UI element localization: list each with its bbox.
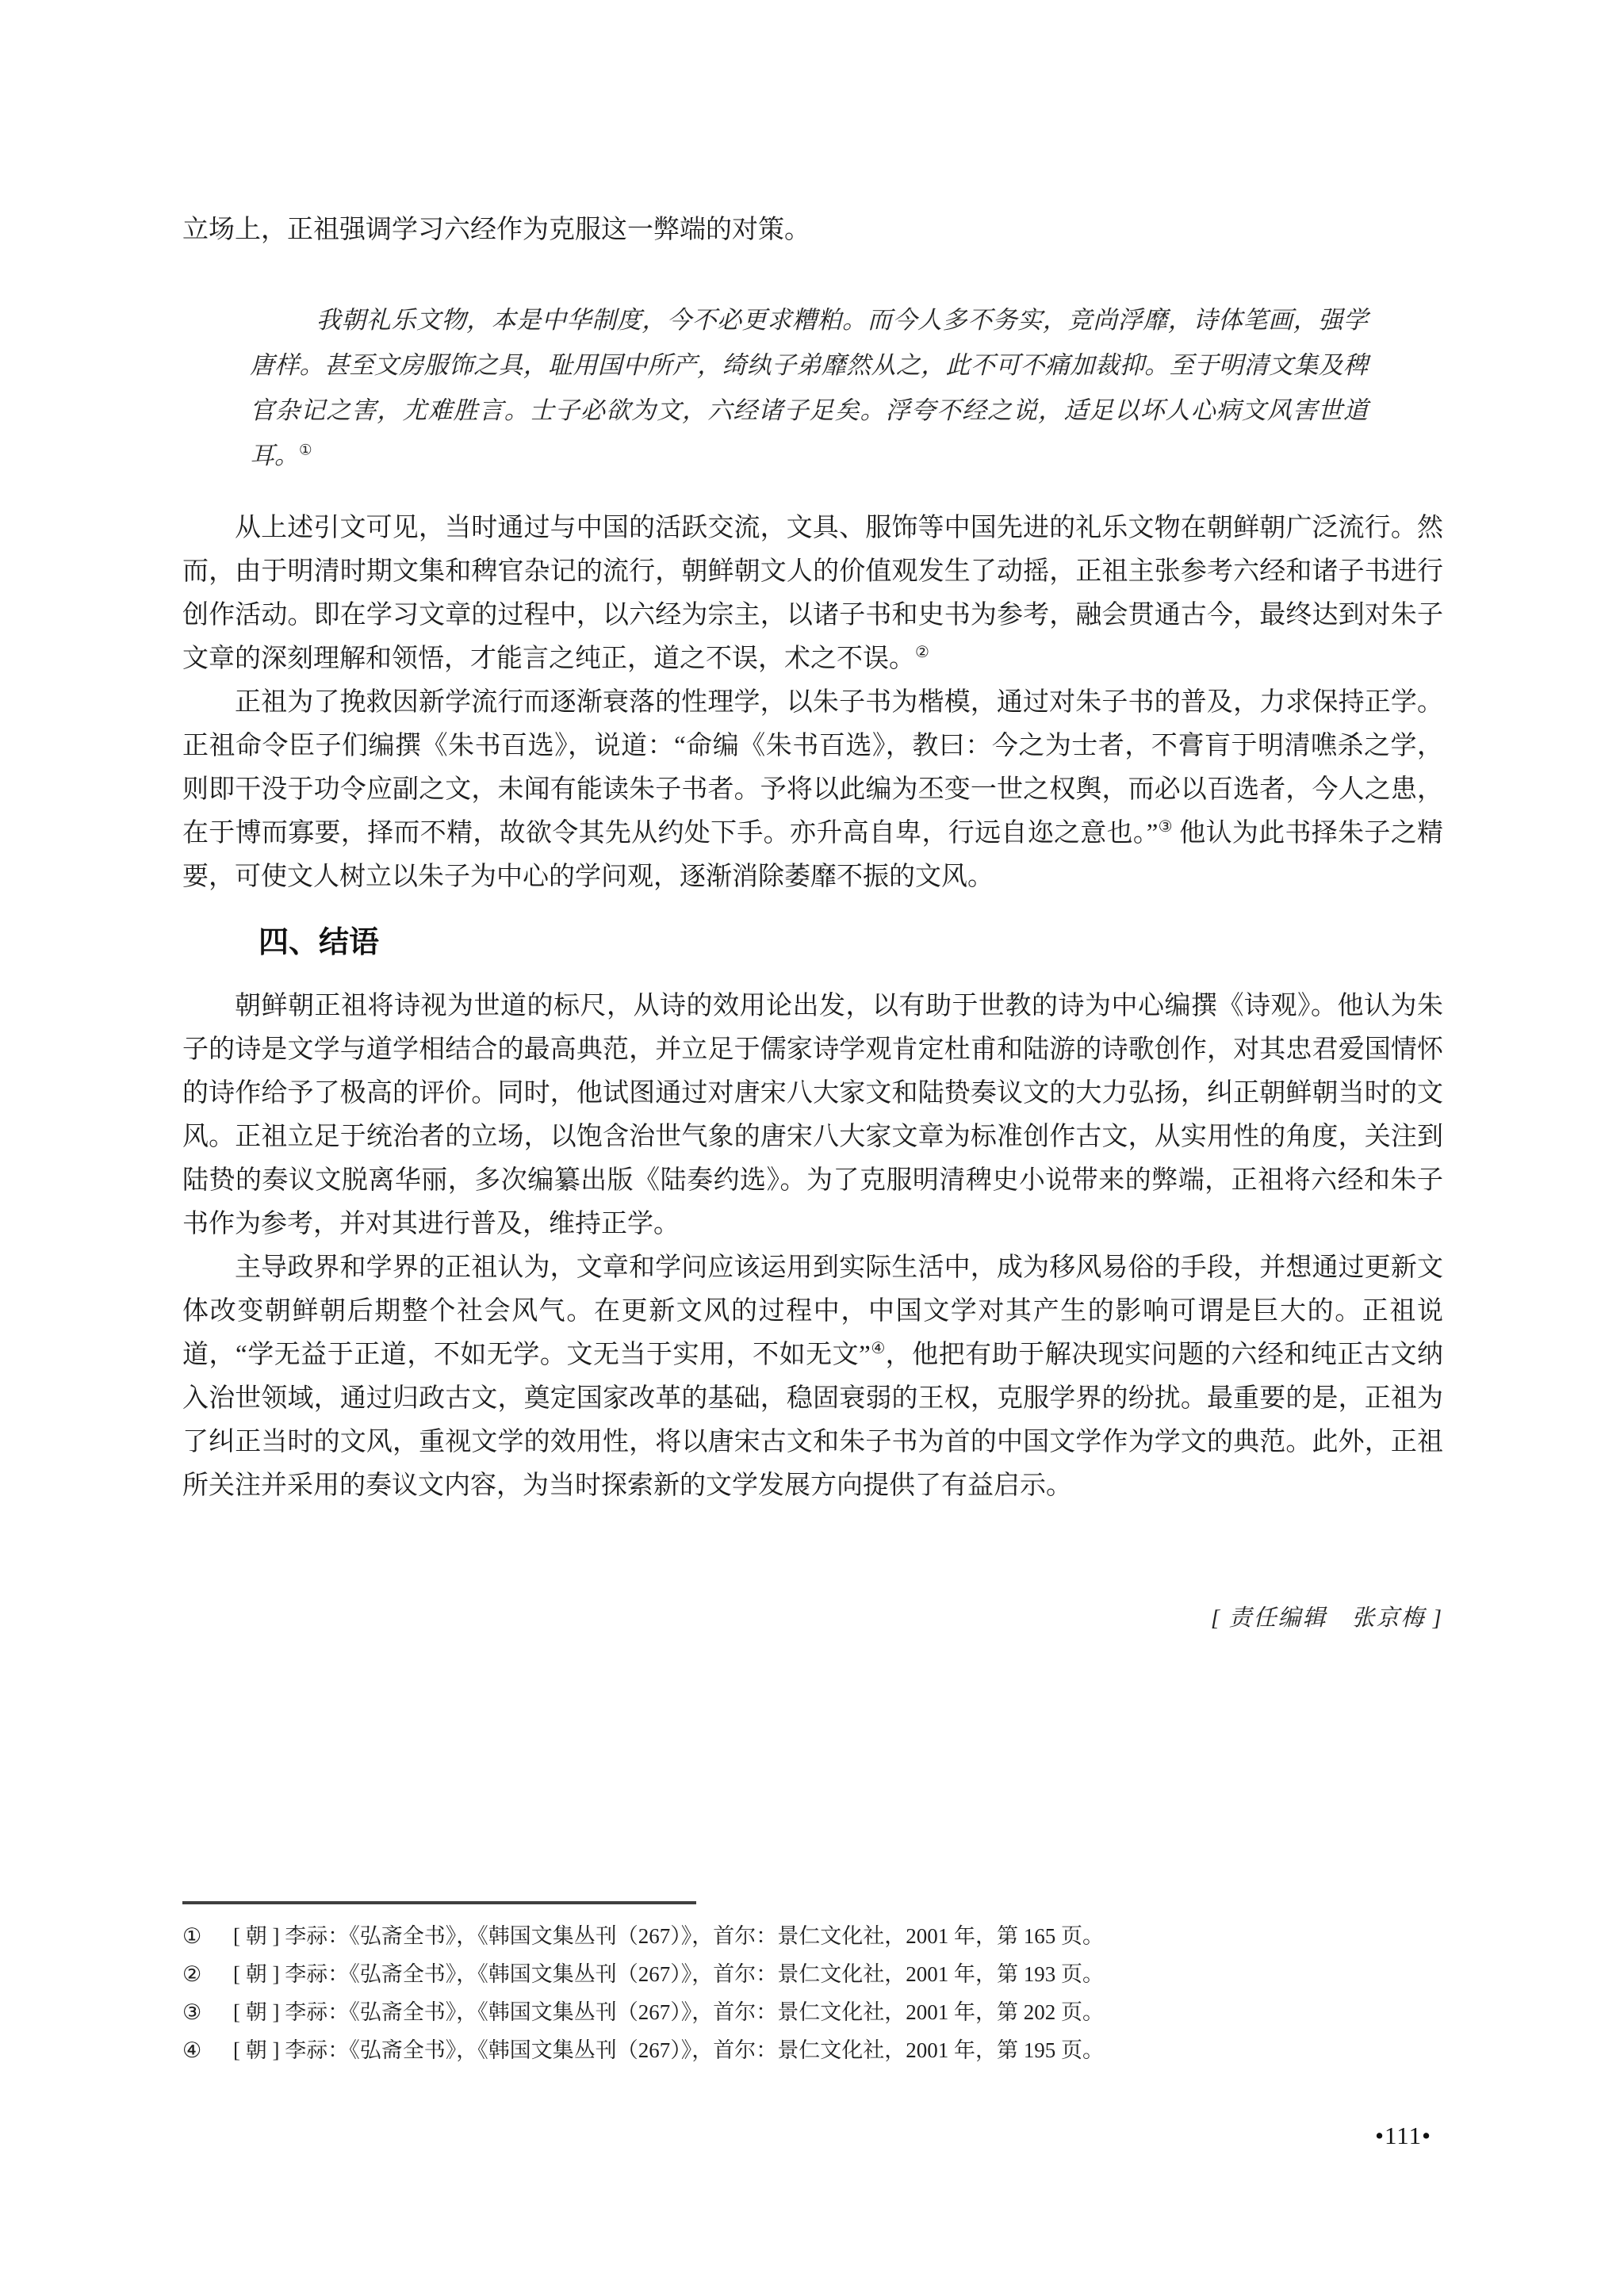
footnote-text: [ 朝 ] 李祘：《弘斋全书》，《韩国文集丛刊（267）》，首尔：景仁文化社，2… — [233, 1993, 1443, 2031]
footnote-item: ④ [ 朝 ] 李祘：《弘斋全书》，《韩国文集丛刊（267）》，首尔：景仁文化社… — [182, 2031, 1443, 2069]
page-number: •111• — [1375, 2122, 1431, 2150]
footnote-ref-1: ① — [299, 442, 312, 459]
footnote-item: ② [ 朝 ] 李祘：《弘斋全书》，《韩国文集丛刊（267）》，首尔：景仁文化社… — [182, 1955, 1443, 1993]
journal-page: 立场上，正祖强调学习六经作为克服这一弊端的对策。 我朝礼乐文物，本是中华制度，今… — [0, 0, 1624, 2296]
paragraph-conclusion-1: 朝鲜朝正祖将诗视为世道的标尺，从诗的效用论出发，以有助于世教的诗为中心编撰《诗观… — [182, 985, 1443, 1246]
continuation-paragraph: 立场上，正祖强调学习六经作为克服这一弊端的对策。 — [182, 209, 1443, 252]
footnote-item: ③ [ 朝 ] 李祘：《弘斋全书》，《韩国文集丛刊（267）》，首尔：景仁文化社… — [182, 1993, 1443, 2031]
editor-credit: [ 责任编辑 张京梅 ] — [182, 1599, 1443, 1637]
footnote-text: [ 朝 ] 李祘：《弘斋全书》，《韩国文集丛刊（267）》，首尔：景仁文化社，2… — [233, 2031, 1443, 2069]
footnote-text: [ 朝 ] 李祘：《弘斋全书》，《韩国文集丛刊（267）》，首尔：景仁文化社，2… — [233, 1917, 1443, 1955]
block-quote: 我朝礼乐文物，本是中华制度，今不必更求糟粕。而今人多不务实，竞尚浮靡，诗体笔画，… — [250, 297, 1368, 478]
footnote-separator — [182, 1901, 696, 1904]
footnote-marker: ④ — [182, 2031, 233, 2069]
footnote-section: ① [ 朝 ] 李祘：《弘斋全书》，《韩国文集丛刊（267）》，首尔：景仁文化社… — [182, 1901, 1443, 2069]
footnote-list: ① [ 朝 ] 李祘：《弘斋全书》，《韩国文集丛刊（267）》，首尔：景仁文化社… — [182, 1917, 1443, 2069]
body-text: 立场上，正祖强调学习六经作为克服这一弊端的对策。 我朝礼乐文物，本是中华制度，今… — [182, 209, 1443, 1637]
footnote-ref-2: ② — [915, 644, 929, 661]
paragraph-exchange: 从上述引文可见，当时通过与中国的活跃交流，文具、服饰等中国先进的礼乐文物在朝鲜朝… — [182, 507, 1443, 681]
paragraph-conclusion-2: 主导政界和学界的正祖认为，文章和学问应该运用到实际生活中，成为移风易俗的手段，并… — [182, 1246, 1443, 1508]
footnote-marker: ② — [182, 1955, 233, 1993]
footnote-marker: ③ — [182, 1993, 233, 2031]
footnote-ref-3: ③ — [1158, 818, 1172, 836]
footnote-item: ① [ 朝 ] 李祘：《弘斋全书》，《韩国文集丛刊（267）》，首尔：景仁文化社… — [182, 1917, 1443, 1955]
footnote-text: [ 朝 ] 李祘：《弘斋全书》，《韩国文集丛刊（267）》，首尔：景仁文化社，2… — [233, 1955, 1443, 1993]
section-heading-conclusion: 四、结语 — [259, 924, 1443, 961]
paragraph-zhushu: 正祖为了挽救因新学流行而逐渐衰落的性理学，以朱子书为楷模，通过对朱子书的普及，力… — [182, 681, 1443, 899]
footnote-ref-4: ④ — [871, 1340, 886, 1357]
footnote-marker: ① — [182, 1917, 233, 1955]
quote-text: 我朝礼乐文物，本是中华制度，今不必更求糟粕。而今人多不务实，竞尚浮靡，诗体笔画，… — [250, 306, 1368, 469]
paragraph-exchange-text: 从上述引文可见，当时通过与中国的活跃交流，文具、服饰等中国先进的礼乐文物在朝鲜朝… — [182, 514, 1443, 673]
